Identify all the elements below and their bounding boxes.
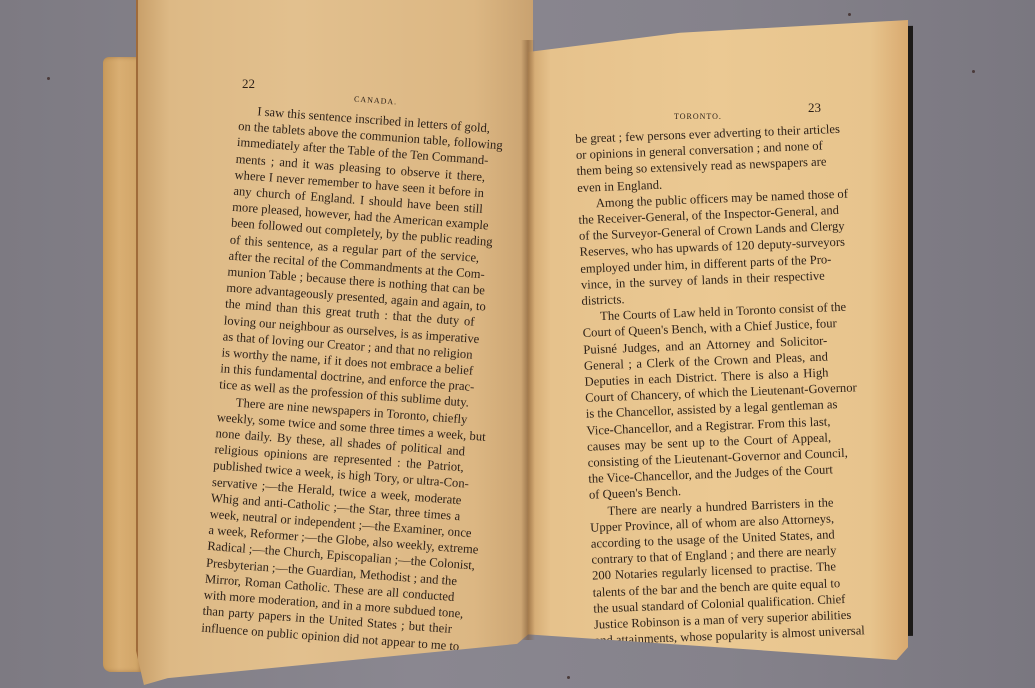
- background-speck: [47, 77, 50, 80]
- background-speck: [567, 676, 570, 679]
- running-head-left: CANADA.: [354, 95, 398, 107]
- page-number-right: 23: [808, 100, 821, 116]
- running-head-right: TORONTO.: [674, 112, 722, 121]
- right-page: TORONTO. 23 be great ; few persons ever …: [528, 20, 908, 660]
- left-page: 22 CANADA. I saw this sentence inscribed…: [136, 0, 533, 685]
- background-speck: [972, 70, 975, 73]
- right-page-body: be great ; few persons ever adverting to…: [575, 122, 839, 649]
- background-speck: [848, 13, 851, 16]
- left-page-body: I saw this sentence inscribed in letters…: [201, 102, 489, 654]
- page-number-left: 22: [242, 76, 255, 92]
- book-gutter: [521, 40, 535, 640]
